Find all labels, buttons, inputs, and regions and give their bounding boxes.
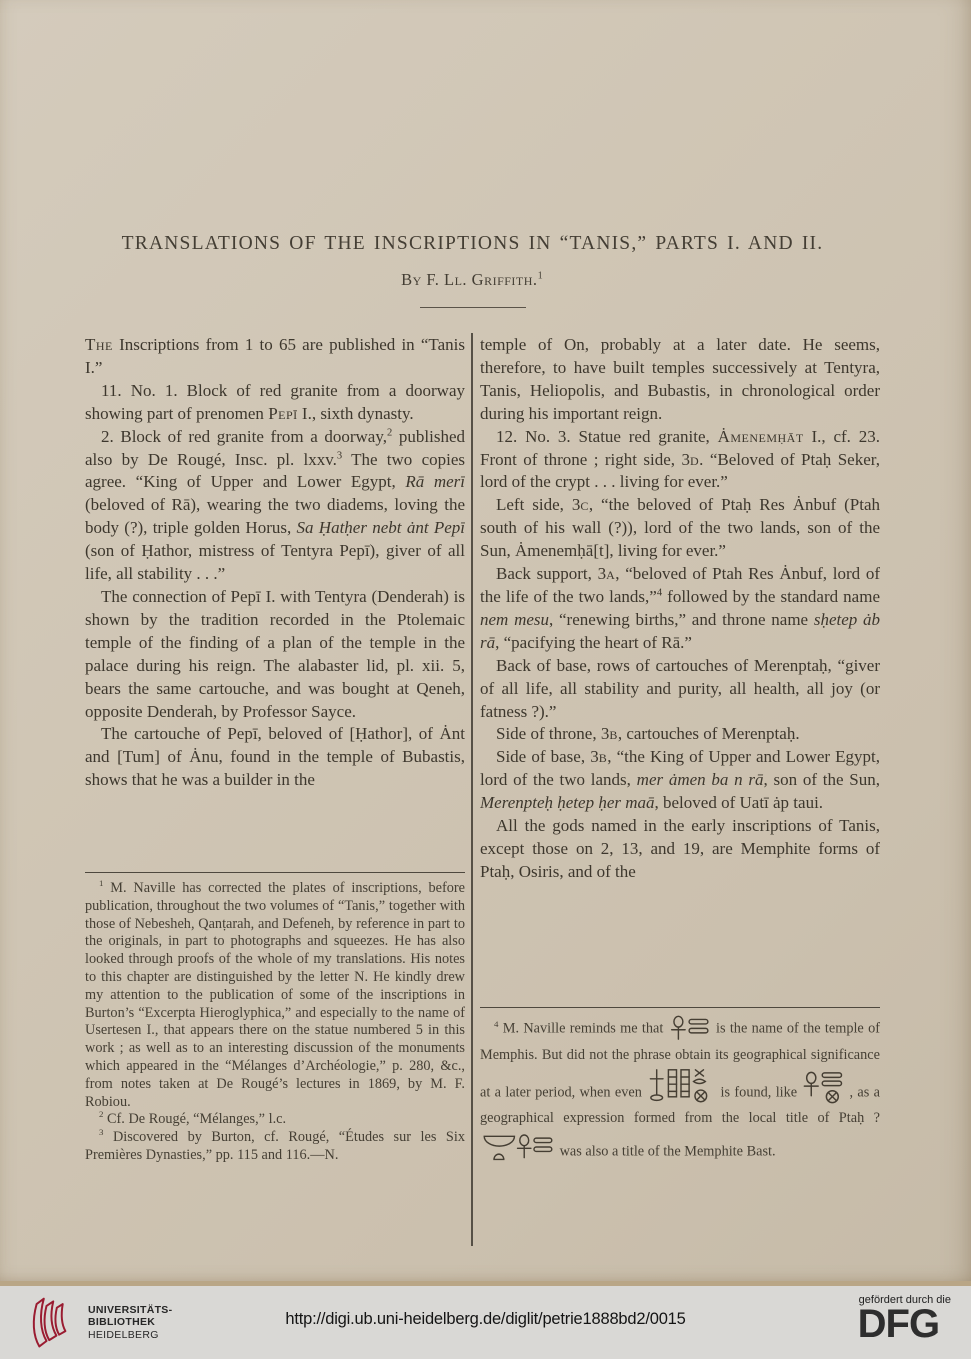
- hieroglyph-ankh-two-lands-city-icon: [803, 1071, 847, 1104]
- footnote-rule: [480, 1007, 880, 1008]
- footnote: 2 Cf. De Rougé, “Mélanges,” l.c.: [85, 1111, 465, 1129]
- byline: By F. Ll. Griffith.1: [85, 270, 860, 290]
- paragraph: The cartouche of Pepī, beloved of [Ḥatho…: [85, 723, 465, 792]
- footnote: 3 Discovered by Burton, cf. Rougé, “Étud…: [85, 1129, 465, 1165]
- footnotes-right: 4 M. Naville reminds me that is the name…: [480, 1007, 880, 1165]
- column-left: The Inscriptions from 1 to 65 are publis…: [85, 334, 465, 870]
- paragraph: Side of throne, 3b, cartouches of Merenp…: [480, 723, 880, 746]
- digitization-footer: UNIVERSITÄTS- BIBLIOTHEK HEIDELBERG http…: [0, 1281, 971, 1359]
- paragraph: 11. No. 1. Block of red granite from a d…: [85, 380, 465, 426]
- paragraph: Back of base, rows of cartouches of Mere…: [480, 655, 880, 724]
- library-name-line3: HEIDELBERG: [88, 1329, 172, 1342]
- page-title: TRANSLATIONS OF THE INSCRIPTIONS IN “TAN…: [85, 233, 860, 255]
- paragraph: Back support, 3a, “beloved of Ptah Res Ȧ…: [480, 563, 880, 655]
- hieroglyph-ankh-two-lands-variant-city-icon: [648, 1068, 714, 1104]
- footnotes-left: 1 M. Naville has corrected the plates of…: [85, 872, 465, 1165]
- paragraph: 12. No. 3. Statue red granite, Ȧmenemḥāt…: [480, 426, 880, 495]
- column-divider: [471, 333, 473, 1246]
- scanned-page: TRANSLATIONS OF THE INSCRIPTIONS IN “TAN…: [0, 0, 971, 1286]
- paragraph: The connection of Pepī I. with Tentyra (…: [85, 586, 465, 723]
- paragraph: The Inscriptions from 1 to 65 are publis…: [85, 334, 465, 380]
- footnote-rule: [85, 872, 465, 873]
- paragraph: 2. Block of red granite from a doorway,2…: [85, 426, 465, 586]
- paragraph: All the gods named in the early inscript…: [480, 815, 880, 884]
- column-right: temple of On, probably at a later date. …: [480, 334, 880, 1006]
- funding-block: gefördert durch die DFG: [858, 1294, 951, 1341]
- dfg-logo: DFG: [858, 1307, 951, 1341]
- footnote: 4 M. Naville reminds me that is the name…: [480, 1015, 880, 1165]
- paragraph: temple of On, probably at a later date. …: [480, 334, 880, 426]
- scan-url: http://digi.ub.uni-heidelberg.de/diglit/…: [0, 1310, 971, 1329]
- title-divider: [420, 307, 526, 308]
- hieroglyph-bast-ankh-two-lands-icon: [482, 1131, 554, 1163]
- paragraph: Left side, 3c, “the beloved of Ptaḥ Res …: [480, 494, 880, 563]
- footnote: 1 M. Naville has corrected the plates of…: [85, 880, 465, 1111]
- paragraph: Side of base, 3b, “the King of Upper and…: [480, 746, 880, 815]
- hieroglyph-ankh-two-lands-icon: [670, 1015, 710, 1040]
- page-header: TRANSLATIONS OF THE INSCRIPTIONS IN “TAN…: [85, 233, 860, 308]
